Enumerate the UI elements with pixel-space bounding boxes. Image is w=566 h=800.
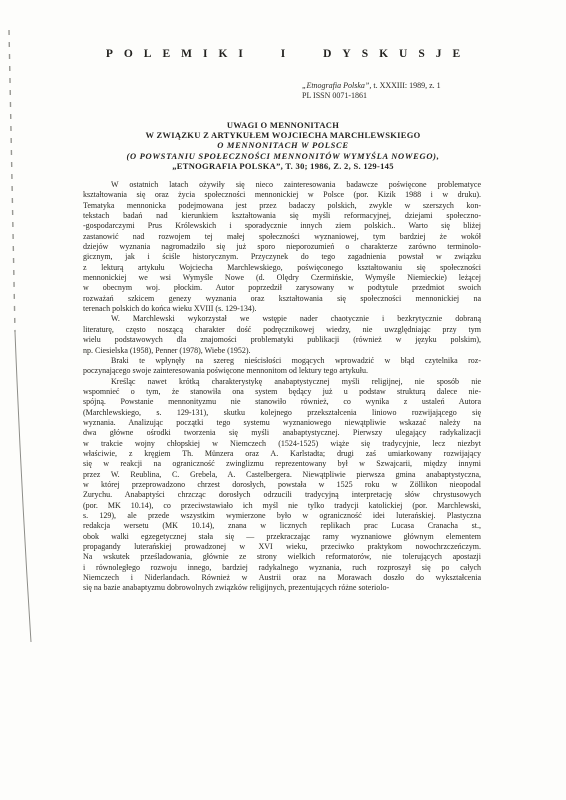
text-line: wspomnieć o tym, że stanowiła ona system… [83,387,481,397]
text-line: W. Marchlewski wykorzystał we wstępie na… [83,314,481,324]
text-line: mennonickiej we wsi Wymyśle Nowe (d. Olę… [83,273,481,283]
text-line: dwa główne ośrodki tworzenia się myśli a… [83,428,481,438]
text-line: dziejów wyznania nagromadziło się już sp… [83,242,481,252]
text-line: zastanowić nad rozwojem tej małej społec… [83,232,481,242]
paragraph: Braki te wpłynęły na szereg nieścisłości… [83,356,481,377]
title-line: „ETNOGRAFIA POLSKA”, T. 30; 1986, Z. 2, … [55,161,511,171]
title-line: UWAGI O MENNONITACH [55,120,511,130]
paragraph: W. Marchlewski wykorzystał we wstępie na… [83,314,481,355]
title-line: (O POWSTANIU SPOŁECZNOŚCI MENNONITÓW WYM… [55,151,511,161]
text-line: literaturę, często noszącą charakter doś… [83,325,481,335]
article-title: UWAGI O MENNONITACHW ZWIĄZKU Z ARTYKUŁEM… [55,120,511,171]
text-line: (Marchlewskiego, s. 129-131), skutku kol… [83,408,481,418]
text-line: przez W. Reublina, C. Grebela, A. Castel… [83,470,481,480]
text-line: redakcja wersetu (MK 10.14), znana w lic… [83,521,481,531]
text-line: propagandy luterańskiej prowadzonej w XV… [83,542,481,552]
text-line: (por. MK 10.14), co przeciwstawiało ich … [83,501,481,511]
issue-info: t. XXXIII: 1989, z. 1 [371,81,440,90]
journal-name: „Etnografia Polska”, [302,81,371,90]
citation-line: „Etnografia Polska”, t. XXXIII: 1989, z.… [302,81,441,91]
text-line: wielu podstawowych dla znajomości proble… [83,335,481,345]
text-line: właściwie, z kręgiem Th. Münzera oraz A.… [83,449,481,459]
text-line: W ostatnich latach ożywiły się nieco zai… [83,180,481,190]
text-line: s. 129), ale przede wszystkim wymierzone… [83,511,481,521]
text-line: Niemczech i Niderlandach. Również w Aust… [83,573,481,583]
text-line: w trakcie wojny chłopskiej w Niemczech (… [83,439,481,449]
title-line: W ZWIĄZKU Z ARTYKUŁEM WOJCIECHA MARCHLEW… [55,130,511,140]
scanned-journal-page: POLEMIKI I DYSKUSJE „Etnografia Polska”,… [0,0,566,800]
text-line: się w reakcji na ograniczność zwinglizmu… [83,459,481,469]
text-line: poczynającego swoje zainteresowania pośw… [83,366,481,376]
text-line: obok walki egzegetycznej stała się — prz… [83,532,481,542]
text-line: spójną. Powstanie mennonityzmu nie stano… [83,397,481,407]
text-line: w obecnym woj. płockim. Autor poprzedził… [83,283,481,293]
text-line: Na wskutek prześladowania, głównie ze st… [83,552,481,562]
text-line: -gospodarczymi Prus Królewskich i sporad… [83,221,481,231]
text-line: np. Ciesielska (1958), Penner (1978), Wi… [83,346,481,356]
text-line: rozważań szkicem genezy wyznania oraz ks… [83,294,481,304]
text-line: i równoległego rozwoju innego, bardziej … [83,563,481,573]
article-body: W ostatnich latach ożywiły się nieco zai… [83,180,481,594]
text-line: wyznania. Analizując początki tego syste… [83,418,481,428]
issn-line: PL ISSN 0071-1861 [302,91,441,101]
section-header: POLEMIKI I DYSKUSJE [0,48,566,60]
text-line: Kreśląc nawet krótką charakterystykę ana… [83,377,481,387]
paragraph: Kreśląc nawet krótką charakterystykę ana… [83,377,481,594]
text-line: Braki te wpłynęły na szereg nieścisłości… [83,356,481,366]
paragraph: W ostatnich latach ożywiły się nieco zai… [83,180,481,314]
text-line: kształtowania się oraz życia społecznośc… [83,190,481,200]
title-line: O MENNONITACH W POLSCE [55,140,511,150]
text-line: terenach polskich do końca wieku XVIII (… [83,304,481,314]
text-line: tekstach badań nad kierunkiem kształtowa… [83,211,481,221]
text-line: gicznym, jak i ściśle historycznym. Przy… [83,252,481,262]
text-line: w której przeprowadzono chrzest dorosłyc… [83,480,481,490]
text-line: Tematyka mennonicka podejmowana jest prz… [83,201,481,211]
text-line: Zurychu. Anabaptyści chrzcząc dorosłych … [83,490,481,500]
text-line: z lekturą artykułu Wojciecha Marchlewski… [83,263,481,273]
text-line: się na bazie anabaptyzmu dobrowolnych zw… [83,583,481,593]
journal-citation: „Etnografia Polska”, t. XXXIII: 1989, z.… [302,81,441,101]
